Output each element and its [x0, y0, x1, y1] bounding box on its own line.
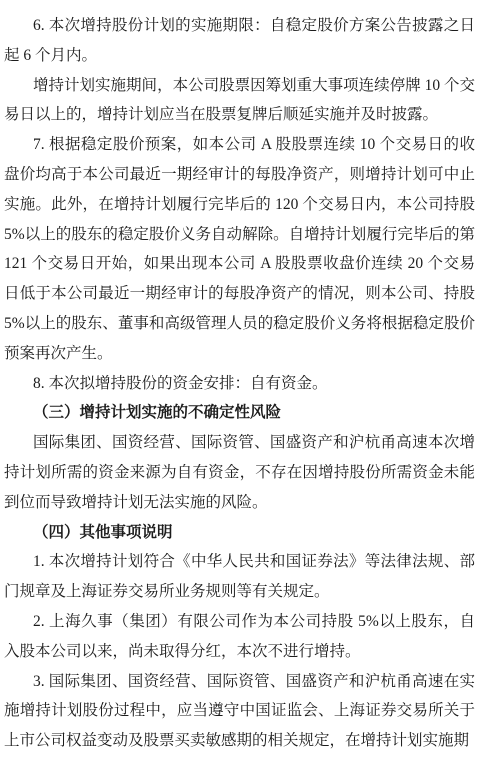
paragraph-funding-source-risk: 国际集团、国资经营、国际资管、国盛资产和沪杭甬高速本次增持计划所需的资金来源为自…	[4, 428, 475, 517]
paragraph-item-7-price-stabilization-plan: 7. 根据稳定股价预案，如本公司 A 股股票连续 10 个交易日的收盘价均高于本…	[4, 130, 475, 368]
paragraph-item-8-funding-arrangement: 8. 本次拟增持股份的资金安排：自有资金。	[4, 369, 475, 399]
section-heading-4-other-matters: （四）其他事项说明	[4, 518, 475, 548]
section-heading-3-uncertainty-risk: （三）增持计划实施的不确定性风险	[4, 398, 475, 428]
paragraph-other-3-sensitive-period-rules: 3. 国际集团、国资经营、国际资管、国盛资产和沪杭甬高速在实施增持计划股份过程中…	[4, 667, 475, 756]
paragraph-other-1-legal-compliance: 1. 本次增持计划符合《中华人民共和国证券法》等法律法规、部门规章及上海证券交易…	[4, 547, 475, 607]
paragraph-suspension-extension: 增持计划实施期间，本公司股票因筹划重大事项连续停牌 10 个交易日以上的，增持计…	[4, 71, 475, 131]
paragraph-other-2-jiushi-group: 2. 上海久事（集团）有限公司作为本公司持股 5%以上股东，自入股本公司以来，尚…	[4, 607, 475, 667]
document-page: 6. 本次增持股份计划的实施期限：自稳定股价方案公告披露之日起 6 个月内。 增…	[0, 0, 480, 769]
paragraph-item-6-implementation-period: 6. 本次增持股份计划的实施期限：自稳定股价方案公告披露之日起 6 个月内。	[4, 11, 475, 71]
